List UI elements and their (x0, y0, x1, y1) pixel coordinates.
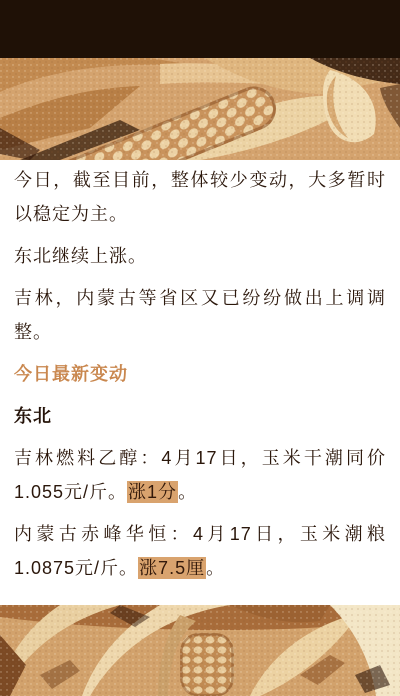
price-change-highlight: 涨1分 (127, 481, 178, 503)
price-text-end: 。 (206, 558, 225, 578)
corn-photo-top-graphic (0, 58, 400, 160)
price-text-end: 。 (178, 482, 197, 502)
paragraph-summary: 今日，截至目前，整体较少变动，大多暂时以稳定为主。 (14, 163, 386, 231)
corn-photo-top (0, 58, 400, 160)
paragraph-jilin-price: 吉林燃料乙醇：4月17日，玉米干潮同价1.055元/斤。涨1分。 (14, 441, 386, 509)
corn-photo-bottom-graphic (0, 605, 400, 696)
section-heading: 今日最新变动 (14, 357, 386, 391)
article-page: 今日，截至目前，整体较少变动，大多暂时以稳定为主。 东北继续上涨。 吉林，内蒙古… (0, 0, 400, 696)
corn-photo-bottom (0, 605, 400, 696)
paragraph-adjustments: 吉林，内蒙古等省区又已纷纷做出上调调整。 (14, 281, 386, 349)
article-body: 今日，截至目前，整体较少变动，大多暂时以稳定为主。 东北继续上涨。 吉林，内蒙古… (0, 160, 400, 593)
price-change-highlight: 涨7.5厘 (138, 557, 206, 579)
region-heading: 东北 (14, 399, 386, 433)
status-bar (0, 0, 400, 58)
price-text: 吉林燃料乙醇：4月17日，玉米干潮同价1.055元/斤。 (14, 448, 386, 502)
paragraph-northeast-trend: 东北继续上涨。 (14, 239, 386, 273)
paragraph-chifeng-price: 内蒙古赤峰华恒：4月17日，玉米潮粮1.0875元/斤。涨7.5厘。 (14, 517, 386, 585)
